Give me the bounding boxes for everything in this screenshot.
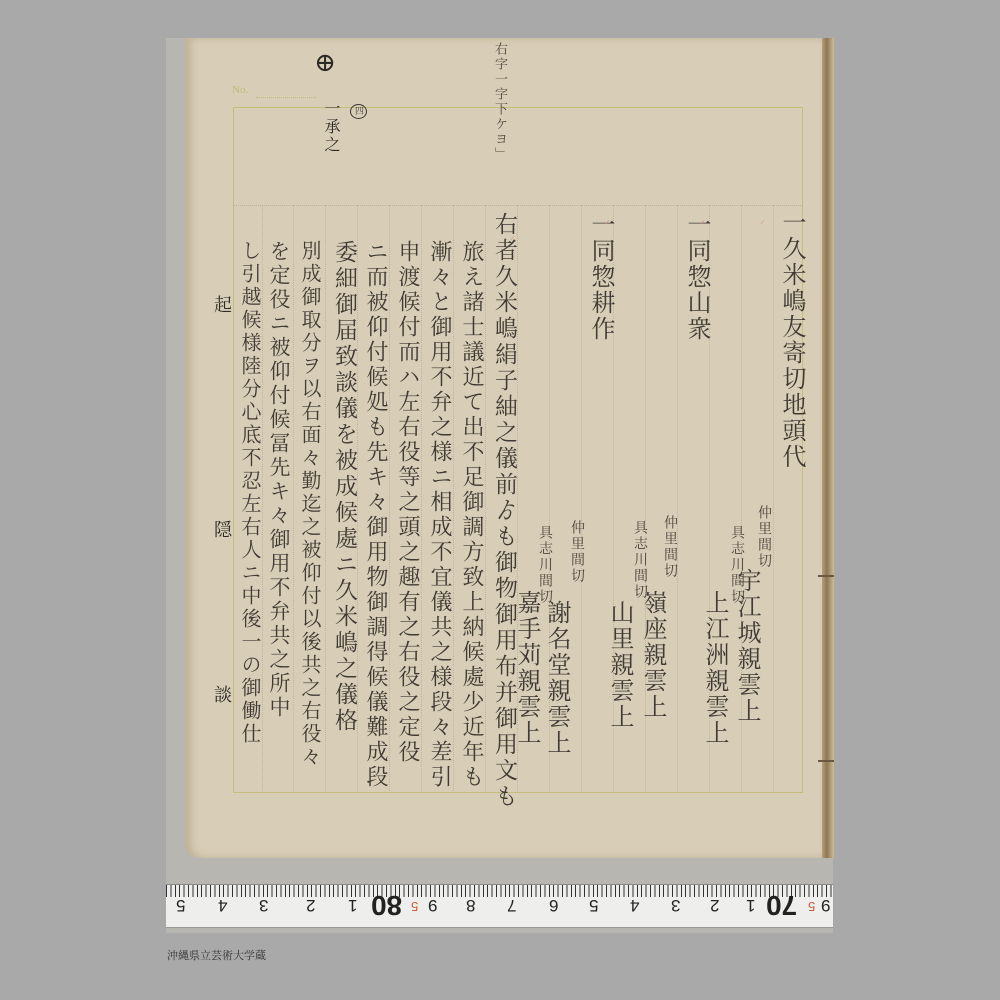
circled-number: 四 xyxy=(350,104,367,119)
entry-title: 具志川間切 xyxy=(630,520,650,600)
ruler-number: 5 xyxy=(589,895,598,915)
body-column: 漸々と御用不弁之様ニ相成不宜儀共之様段々差引 xyxy=(424,240,455,790)
body-column: 委細御届致談儀を被成候處ニ久米嶋之儀格 xyxy=(328,240,361,734)
binding-stitch xyxy=(818,575,834,577)
rule-line xyxy=(581,205,582,791)
entry-heading: 一同惣耕作 xyxy=(584,212,619,342)
ruler-number: 3 xyxy=(671,895,680,915)
red-check-mark: ⸝ xyxy=(700,212,705,226)
measuring-ruler: 5 4 3 2 1 80 5 9 8 7 6 5 4 3 2 1 70 5 9 xyxy=(166,884,833,928)
header-rule xyxy=(233,205,803,206)
ruler-red-mark: 5 xyxy=(411,899,418,914)
page-number-label: No. xyxy=(232,84,248,96)
red-check-mark: ⸝ xyxy=(760,212,765,226)
page-number-line xyxy=(256,97,316,98)
marginal-note-top: 一承之 xyxy=(320,100,343,154)
body-column: を定役ニ被仰付候冨先キ々御用不弁共之所中 xyxy=(264,240,294,720)
ruler-number: 1 xyxy=(348,895,357,915)
ruler-number: 4 xyxy=(218,895,227,915)
binding-stitch xyxy=(818,760,834,762)
margin-note: 起 xyxy=(208,295,234,315)
entry-name: 上江洲親雲上 xyxy=(698,590,733,746)
rule-line xyxy=(325,205,326,791)
entry-title: 仲里間切 xyxy=(754,505,774,569)
ruler-number: 5 xyxy=(176,895,185,915)
ruler-number: 3 xyxy=(259,895,268,915)
entry-name: 嶺座親雲上 xyxy=(636,590,671,720)
ruler-number: 4 xyxy=(630,895,639,915)
ruler-number: 8 xyxy=(466,895,475,915)
ruler-number: 2 xyxy=(306,895,315,915)
ruler-number: 1 xyxy=(746,895,755,915)
ruler-number: 80 xyxy=(371,889,402,921)
rule-line xyxy=(677,205,678,791)
entry-heading: 一久米嶋友寄切地頭代 xyxy=(775,210,810,470)
entry-name: 謝名堂親雲上 xyxy=(540,600,575,756)
body-column: し引越候様陸分心底不忍左右人ニ中後一の御働仕 xyxy=(236,240,265,746)
seal-mark: ⊕ xyxy=(310,48,340,80)
body-column: 旅え諸士議近て出不足御調方致上納候處少近年も xyxy=(456,240,487,790)
collection-caption: 沖縄県立芸術大学蔵 xyxy=(167,947,266,963)
margin-note: 談 xyxy=(208,685,234,705)
ruler-number: 9 xyxy=(428,895,437,915)
body-column: 申渡候付而ハ左右役等之頭之趣有之右役之定役 xyxy=(392,240,423,765)
ruler-number: 6 xyxy=(549,895,558,915)
margin-note: 隠 xyxy=(208,520,234,540)
entry-title: 仲里間切 xyxy=(660,515,680,579)
editorial-note: 右字一字下ケヨ」 xyxy=(490,42,509,162)
ruler-number: 70 xyxy=(766,889,797,921)
ruler-number: 9 xyxy=(821,895,830,915)
body-column: 右者久米嶋絹子紬之儀前ゟも御物御用布并御用文も xyxy=(488,212,521,810)
entry-title: 仲里間切 xyxy=(567,520,587,584)
body-column: ニ而被仰付候処も先キ々御用物御調得候儀難成段 xyxy=(360,240,391,790)
red-check-mark: ⸝ xyxy=(605,212,610,226)
body-column: 別成御取分ヲ以右面々勤迄之被仰付以後共之右役々 xyxy=(296,240,325,769)
entry-heading: 一同惣山衆 xyxy=(680,212,715,342)
entry-name: 山里親雲上 xyxy=(603,600,638,730)
book-spine-edge xyxy=(822,38,834,858)
ruler-number: 7 xyxy=(507,895,516,915)
red-check-mark: ⸝ xyxy=(510,228,515,242)
ruler-number: 2 xyxy=(710,895,719,915)
ruler-red-mark: 5 xyxy=(808,899,815,914)
rule-line xyxy=(773,205,774,791)
